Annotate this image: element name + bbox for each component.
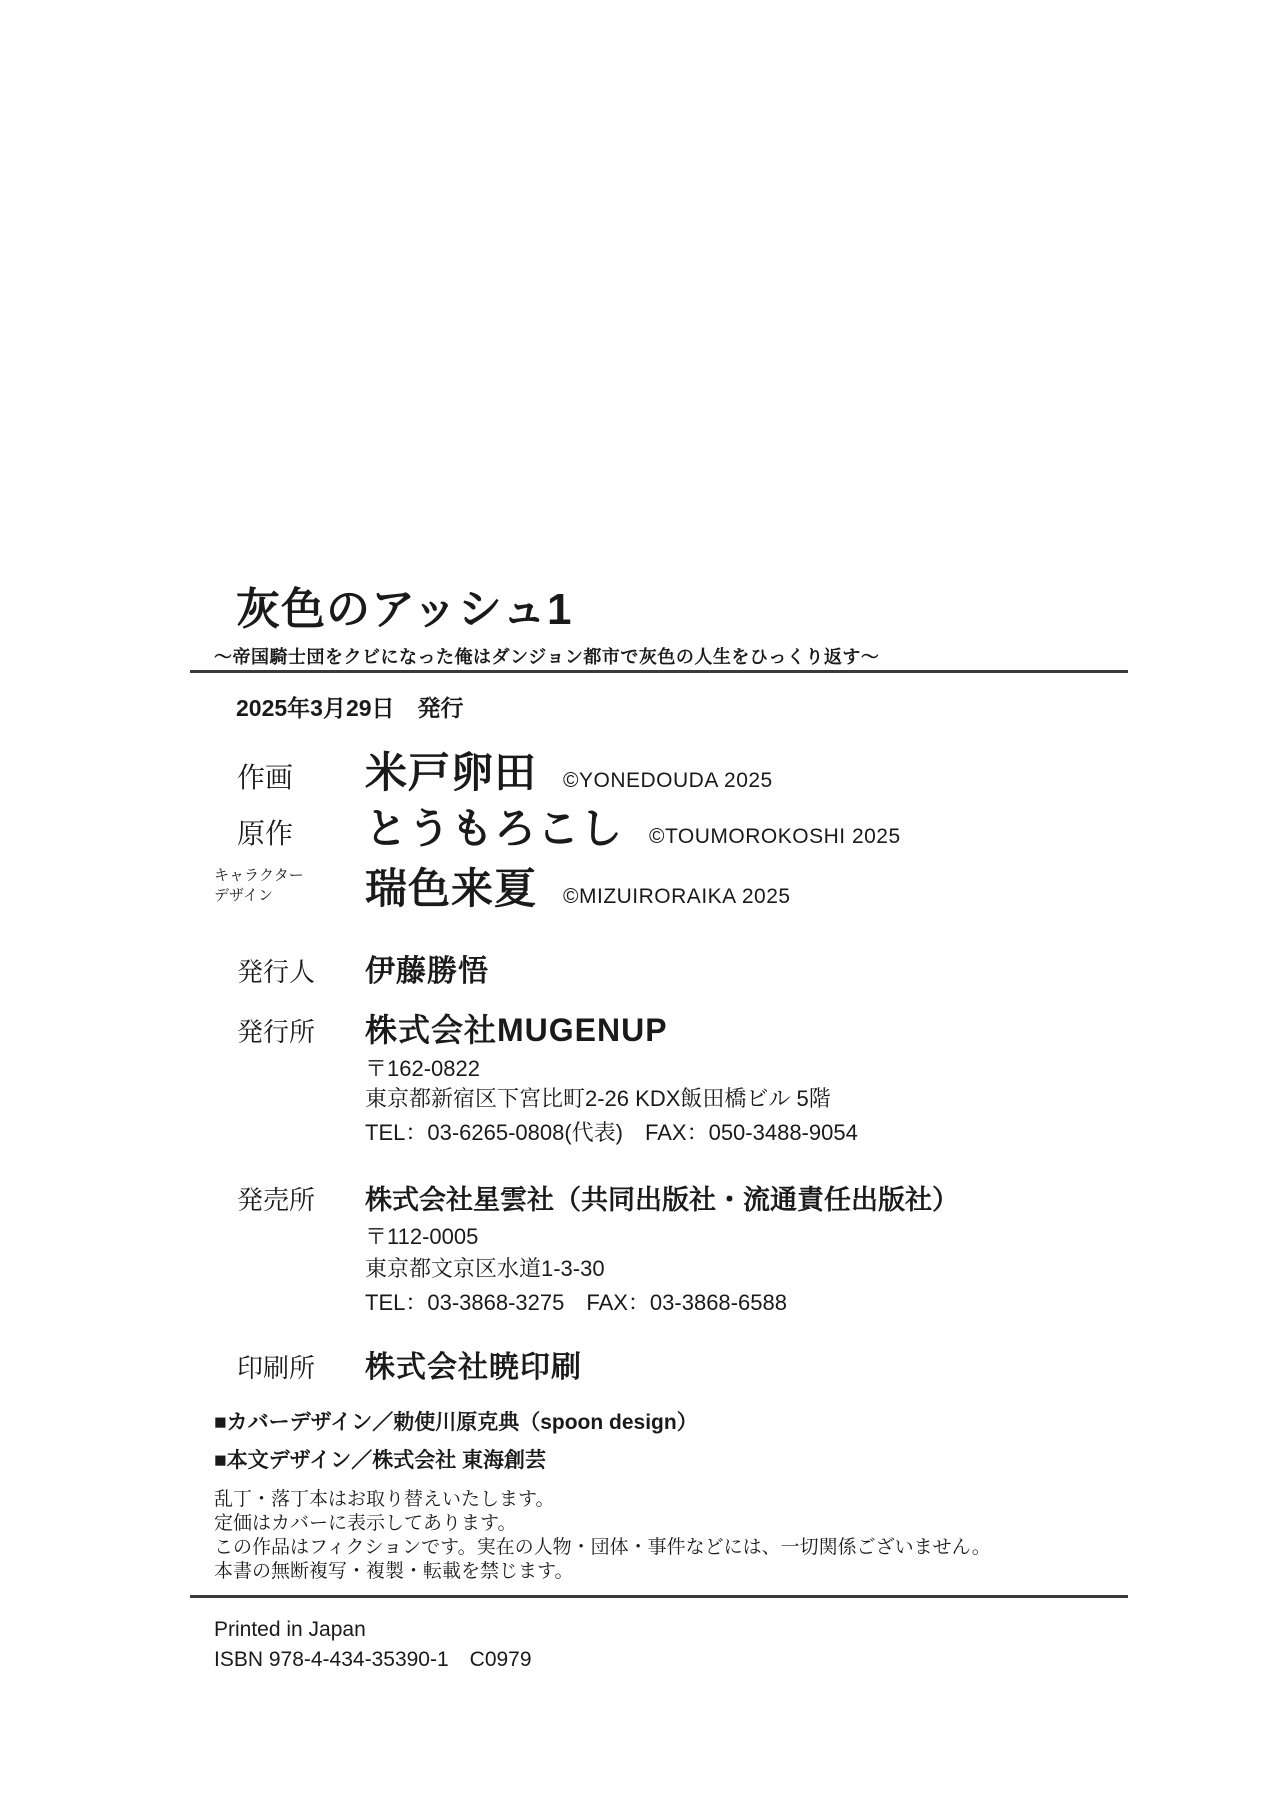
notice-price: 定価はカバーに表示してあります。 — [214, 1512, 991, 1536]
book-subtitle: ～帝国騎士団をクビになった俺はダンジョン都市で灰色の人生をひっくり返す～ — [214, 643, 879, 669]
sales-office-postal-code: 〒112-0005 — [365, 1220, 478, 1251]
sales-office-address: 東京都文京区水道1-3-30 — [365, 1252, 605, 1283]
credit-label-art: 作画 — [237, 756, 365, 796]
credit-row-art: 作画 米戸卵田 ©YONEDOUDA 2025 — [237, 740, 773, 800]
sales-office-tel-fax: TEL：03-3868-3275 FAX：03-3868-6588 — [365, 1286, 787, 1317]
publishing-office-tel-fax: TEL：03-6265-0808(代表) FAX：050-3488-9054 — [365, 1116, 858, 1147]
printed-in-japan: Printed in Japan — [214, 1618, 366, 1642]
credit-label-original-story: 原作 — [237, 812, 365, 852]
credit-label-character-design-line1: キャラクター — [214, 866, 365, 886]
credit-row-publisher-person: 発行人 伊藤勝悟 — [237, 946, 489, 990]
divider-bottom — [190, 1595, 1128, 1598]
credit-row-original-story: 原作 とうもろこし ©TOUMOROKOSHI 2025 — [237, 796, 901, 856]
credit-row-sales-office: 発売所 株式会社星雲社（共同出版社・流通責任出版社） — [237, 1178, 959, 1217]
publishing-office-name: 株式会社MUGENUP — [365, 1005, 668, 1051]
book-title: 灰色のアッシュ1 — [236, 586, 573, 634]
cover-design-credit: ■カバーデザイン／勅使川原克典（spoon design） — [214, 1406, 698, 1436]
text-design-credit: ■本文デザイン／株式会社 東海創芸 — [214, 1444, 546, 1474]
issue-date: 2025年3月29日 発行 — [236, 690, 464, 723]
artist-copyright: ©YONEDOUDA 2025 — [563, 769, 773, 793]
credit-row-publishing-office: 発行所 株式会社MUGENUP — [237, 1005, 668, 1051]
isbn-number: ISBN 978-4-434-35390-1 C0979 — [214, 1643, 532, 1673]
character-designer-name: 瑞色来夏 — [365, 856, 537, 916]
notice-fiction: この作品はフィクションです。実在の人物・団体・事件などには、一切関係ございません… — [214, 1536, 991, 1560]
artist-name: 米戸卵田 — [365, 740, 537, 800]
publishing-office-address: 東京都新宿区下宮比町2-26 KDX飯田橋ビル 5階 — [365, 1082, 831, 1113]
divider-top — [190, 670, 1128, 673]
original-author-name: とうもろこし — [365, 796, 623, 856]
publishing-office-postal-code: 〒162-0822 — [365, 1052, 480, 1083]
credit-row-character-design: キャラクター デザイン 瑞色来夏 ©MIZUIRORAIKA 2025 — [214, 856, 791, 916]
notice-copy-prohibition: 本書の無断複写・複製・転載を禁じます。 — [214, 1560, 991, 1584]
credit-label-character-design: キャラクター デザイン — [214, 866, 365, 906]
original-author-copyright: ©TOUMOROKOSHI 2025 — [649, 825, 901, 849]
publisher-person-name: 伊藤勝悟 — [365, 946, 489, 990]
sales-office-name: 株式会社星雲社（共同出版社・流通責任出版社） — [365, 1178, 959, 1217]
printing-office-name: 株式会社暁印刷 — [365, 1342, 582, 1386]
credit-label-publishing-office: 発行所 — [237, 1012, 365, 1049]
credit-label-sales-office: 発売所 — [237, 1180, 365, 1217]
character-designer-copyright: ©MIZUIRORAIKA 2025 — [563, 885, 791, 909]
colophon-page: 灰色のアッシュ1 ～帝国騎士団をクビになった俺はダンジョン都市で灰色の人生をひっ… — [0, 0, 1266, 1800]
credit-label-publisher-person: 発行人 — [237, 952, 365, 989]
notice-replacement: 乱丁・落丁本はお取り替えいたします。 — [214, 1488, 991, 1512]
credit-label-printing-office: 印刷所 — [237, 1348, 365, 1385]
credit-row-printing-office: 印刷所 株式会社暁印刷 — [237, 1342, 582, 1386]
legal-notices: 乱丁・落丁本はお取り替えいたします。 定価はカバーに表示してあります。 この作品… — [214, 1488, 991, 1584]
credit-label-character-design-line2: デザイン — [214, 886, 365, 906]
